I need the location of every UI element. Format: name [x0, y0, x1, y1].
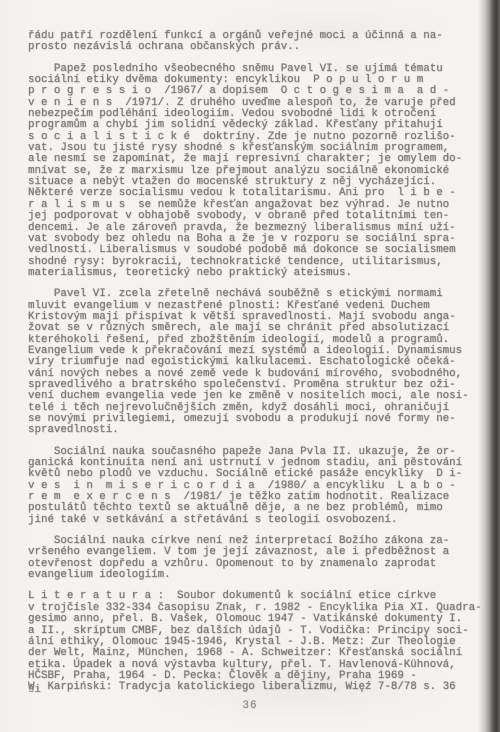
paragraph-evangelium: Pavel VI. zcela zřetelně nechává souběžn… — [28, 289, 484, 436]
paragraph-jan-pavel-ii: Sociální nauka současného papeže Jana Pv… — [28, 447, 484, 526]
scan-edge-shadow — [478, 0, 500, 732]
typist-initials: ši — [28, 684, 41, 696]
text-column: řádu patří rozdělení funkcí a orgánů veř… — [28, 31, 484, 704]
paragraph-continuation: řádu patří rozdělení funkcí a orgánů veř… — [28, 31, 484, 54]
paragraph-pavel-vi-documents: Papež posledního všeobecného sněmu Pavel… — [28, 64, 484, 280]
scanned-document-page: řádu patří rozdělení funkcí a orgánů veř… — [0, 0, 500, 732]
paragraph-socialni-nauka: Sociální nauka církve není než interpret… — [28, 536, 484, 581]
paragraph-literatura: L i t e r a t u r a : Soubor dokumentů k… — [28, 591, 484, 693]
page-number: 36 — [0, 700, 500, 712]
